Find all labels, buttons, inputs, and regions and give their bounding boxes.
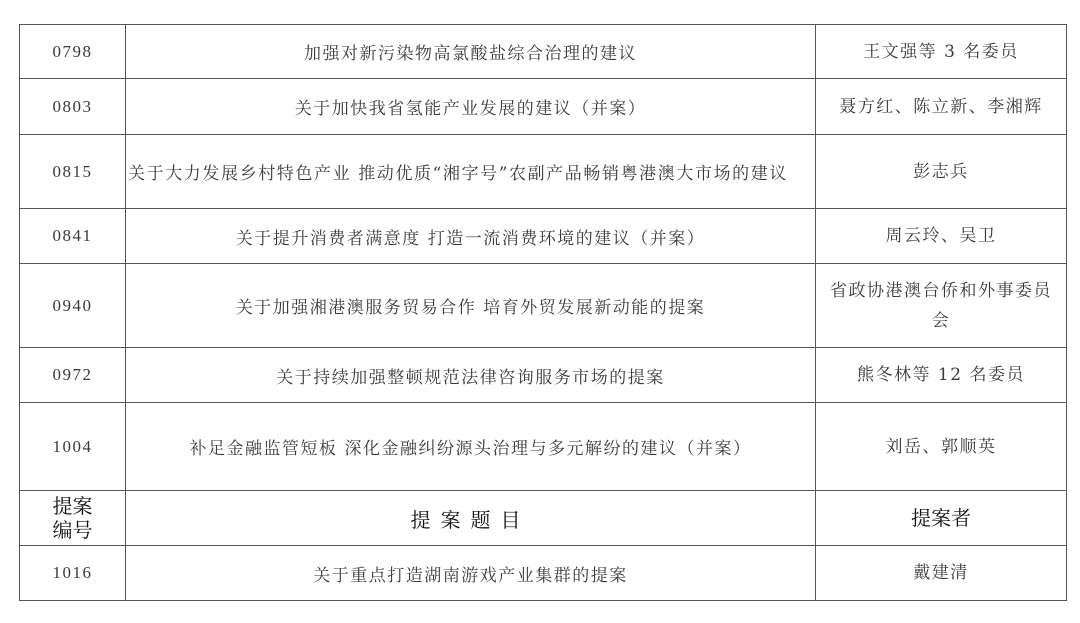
table-row: 0798 加强对新污染物高氯酸盐综合治理的建议 王文强等 3 名委员 [20,25,1067,79]
table-row: 0815 关于大力发展乡村特色产业 推动优质“湘字号”农副产品畅销粤港澳大市场的… [20,135,1067,209]
proposal-title: 关于提升消费者满意度 打造一流消费环境的建议（并案） [126,209,816,264]
table-row: 0972 关于持续加强整顿规范法律咨询服务市场的提案 熊冬林等 12 名委员 [20,348,1067,403]
proposal-author: 王文强等 3 名委员 [816,25,1067,79]
proposal-id: 0940 [20,264,126,348]
proposal-author: 熊冬林等 12 名委员 [816,348,1067,403]
header-proposal-number-line2: 编号 [22,518,123,542]
header-proposer: 提案者 [816,491,1067,546]
header-proposal-title: 提案题目 [126,491,816,546]
table-header-row: 提案 编号 提案题目 提案者 [20,491,1067,546]
proposal-title: 补足金融监管短板 深化金融纠纷源头治理与多元解纷的建议（并案） [126,403,816,491]
proposal-id: 0841 [20,209,126,264]
proposal-id: 0803 [20,79,126,135]
header-proposal-number: 提案 编号 [20,491,126,546]
table-row: 0841 关于提升消费者满意度 打造一流消费环境的建议（并案） 周云玲、吴卫 [20,209,1067,264]
proposal-id: 1004 [20,403,126,491]
proposal-title: 关于大力发展乡村特色产业 推动优质“湘字号”农副产品畅销粤港澳大市场的建议 [126,135,816,209]
proposal-title: 关于加快我省氢能产业发展的建议（并案） [126,79,816,135]
proposal-id: 0798 [20,25,126,79]
proposal-title: 关于加强湘港澳服务贸易合作 培育外贸发展新动能的提案 [126,264,816,348]
table-row: 0803 关于加快我省氢能产业发展的建议（并案） 聂方红、陈立新、李湘辉 [20,79,1067,135]
proposal-author: 省政协港澳台侨和外事委员会 [816,264,1067,348]
proposal-id: 0815 [20,135,126,209]
proposal-author: 聂方红、陈立新、李湘辉 [816,79,1067,135]
proposal-id: 1016 [20,546,126,601]
proposal-id: 0972 [20,348,126,403]
proposal-title: 关于重点打造湖南游戏产业集群的提案 [126,546,816,601]
proposals-table: 0798 加强对新污染物高氯酸盐综合治理的建议 王文强等 3 名委员 0803 … [19,24,1067,601]
header-proposal-number-line1: 提案 [22,494,123,518]
table-row: 1004 补足金融监管短板 深化金融纠纷源头治理与多元解纷的建议（并案） 刘岳、… [20,403,1067,491]
proposal-title: 加强对新污染物高氯酸盐综合治理的建议 [126,25,816,79]
proposal-author: 刘岳、郭顺英 [816,403,1067,491]
table-row: 0940 关于加强湘港澳服务贸易合作 培育外贸发展新动能的提案 省政协港澳台侨和… [20,264,1067,348]
proposal-title: 关于持续加强整顿规范法律咨询服务市场的提案 [126,348,816,403]
proposal-author: 戴建清 [816,546,1067,601]
proposal-author: 周云玲、吴卫 [816,209,1067,264]
table-row: 1016 关于重点打造湖南游戏产业集群的提案 戴建清 [20,546,1067,601]
proposal-author: 彭志兵 [816,135,1067,209]
